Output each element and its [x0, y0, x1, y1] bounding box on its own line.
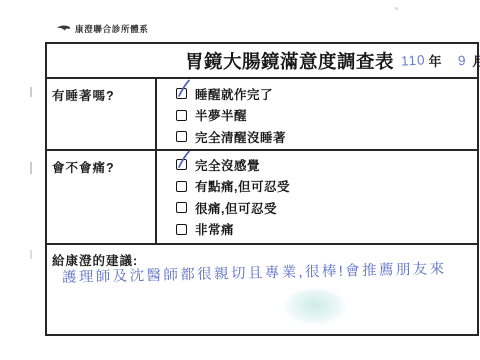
handwritten-month: 9: [457, 53, 466, 68]
option-label: 完全沒感覺: [195, 156, 260, 174]
scan-artifact: [30, 87, 32, 97]
question-label: 有睡著嗎?: [47, 79, 157, 149]
checkbox-option: 睡醒就作完了: [176, 83, 477, 105]
checkbox-option: 完全沒感覺: [176, 154, 477, 176]
scan-artifact: [30, 250, 32, 259]
clinic-logo-icon: [56, 24, 71, 34]
option-label: 有點痛,但可忍受: [195, 177, 290, 195]
checkbox: [176, 181, 187, 192]
checkmark-icon: [177, 150, 191, 169]
checkbox: [176, 202, 187, 213]
checkbox: [176, 224, 187, 235]
scanned-survey-page: 康澄聯合診所體系 胃鏡大腸鏡滿意度調查表 110 年 9 月 17 有睡著嗎?: [0, 0, 480, 360]
option-label: 非常痛: [195, 220, 234, 238]
suggestion-section: 給康澄的建議: 護理師及沈醫師都很親切且專業,很棒!會推薦朋友來: [47, 245, 477, 334]
form-title: 胃鏡大腸鏡滿意度調查表: [185, 48, 394, 74]
options-list: 睡醒就作完了 半夢半醒 完全清醒沒睡: [157, 79, 477, 149]
month-unit-label: 月: [472, 51, 480, 70]
checkbox: [176, 159, 187, 170]
clinic-brand-name: 康澄聯合診所體系: [75, 23, 149, 35]
question-row-sleep: 有睡著嗎? 睡醒就作完了 半夢半醒: [47, 79, 477, 151]
option-label: 半夢半醒: [195, 106, 247, 124]
year-unit-label: 年: [429, 51, 442, 70]
exam-date: 110 年 9 月 17: [401, 51, 480, 70]
checkbox-option: 很痛,但可忍受: [176, 197, 477, 219]
checkbox-option: 完全清醒沒睡著: [176, 126, 477, 148]
checkbox: [176, 88, 187, 99]
option-label: 很痛,但可忍受: [195, 199, 277, 217]
checkmark-icon: [177, 79, 191, 98]
checkbox-option: 非常痛: [176, 219, 477, 241]
title-row: 胃鏡大腸鏡滿意度調查表 110 年 9 月 17: [47, 44, 477, 79]
checkbox-option: 半夢半醒: [176, 105, 477, 127]
scan-artifact: [30, 162, 32, 174]
handwritten-year: 110: [401, 52, 426, 68]
option-label: 睡醒就作完了: [195, 85, 273, 103]
scan-speck: [395, 7, 398, 10]
checkbox: [176, 131, 187, 142]
question-row-pain: 會不會痛? 完全沒感覺 有點痛,但可忍受: [47, 151, 477, 245]
option-label: 完全清醒沒睡著: [195, 128, 286, 146]
checkbox: [176, 110, 187, 121]
clinic-brand: 康澄聯合診所體系: [56, 23, 149, 35]
checkbox-option: 有點痛,但可忍受: [176, 176, 477, 198]
survey-form-table: 胃鏡大腸鏡滿意度調查表 110 年 9 月 17 有睡著嗎? 睡醒就作: [45, 42, 479, 336]
question-label: 會不會痛?: [47, 151, 157, 243]
options-list: 完全沒感覺 有點痛,但可忍受 很痛,: [157, 151, 477, 243]
